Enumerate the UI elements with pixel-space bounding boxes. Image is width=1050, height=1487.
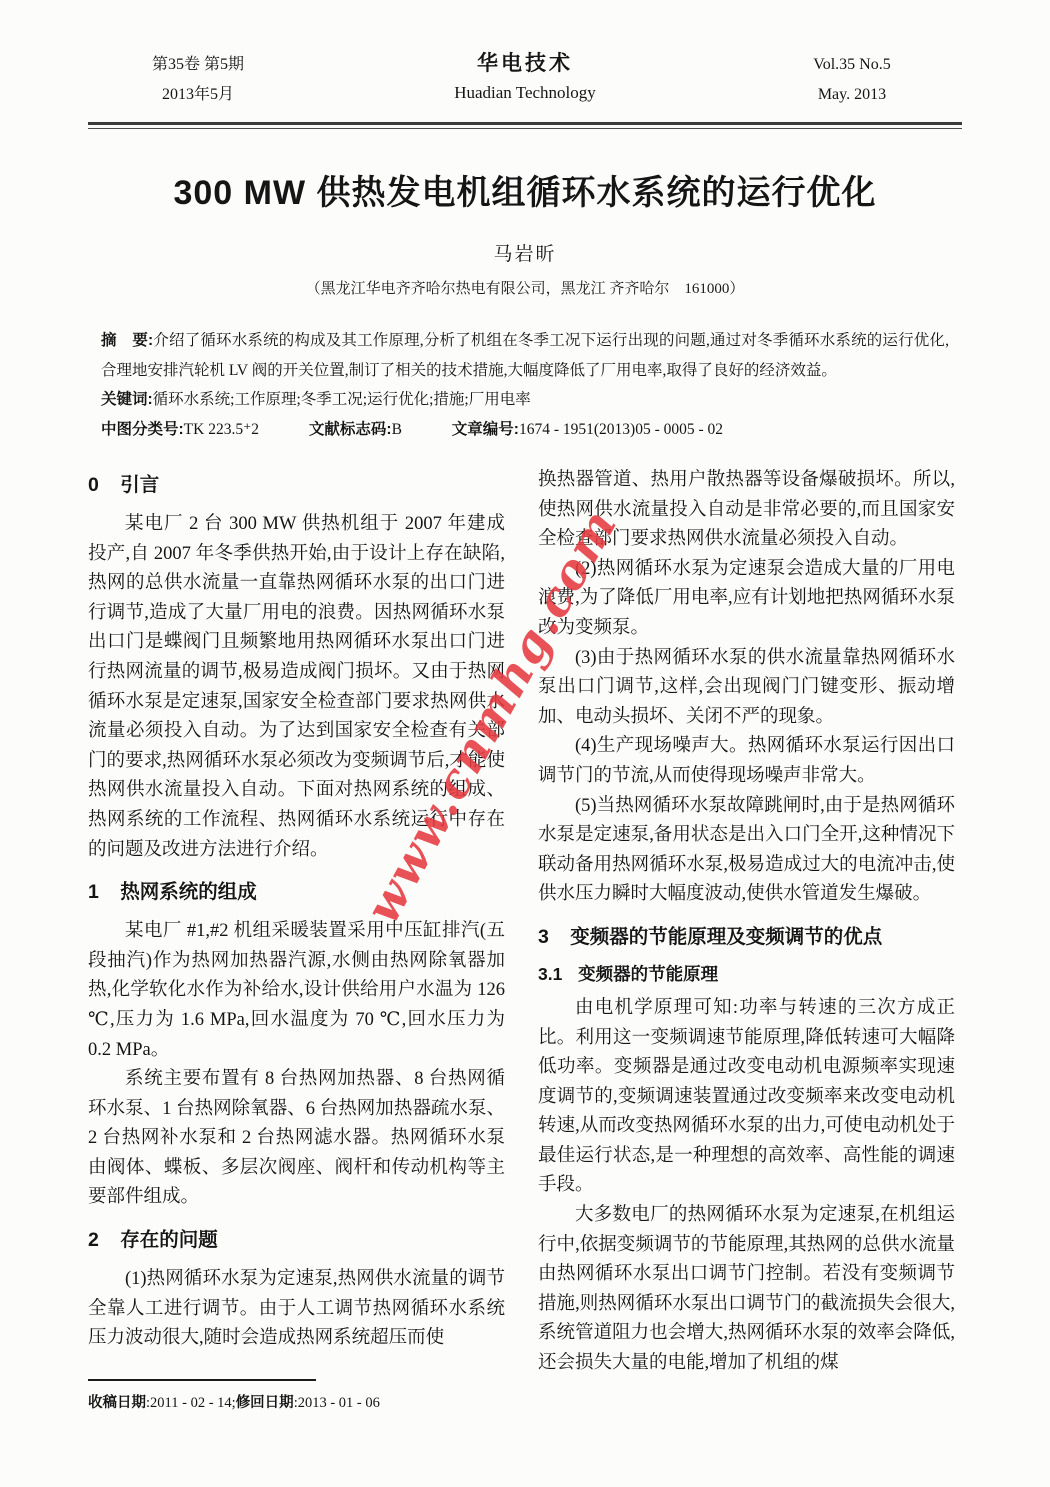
paragraph-principle-1: 由电机学原理可知:功率与转速的三次方成正比。利用这一变频调速节能原理,降低转速可… (538, 994, 955, 1201)
clc-value: TK 223.5⁺2 (184, 421, 259, 438)
footnote-rule (88, 1379, 316, 1381)
section-1-number: 1 (88, 881, 99, 903)
section-2-heading: 2存在的问题 (88, 1227, 505, 1253)
journal-header: 第35卷 第5期 2013年5月 华电技术 Huadian Technology… (88, 50, 962, 110)
paper-page: 第35卷 第5期 2013年5月 华电技术 Huadian Technology… (0, 0, 1050, 1487)
volume-issue-cn: 第35卷 第5期 (88, 50, 308, 80)
section-1-title: 热网系统的组成 (120, 881, 257, 903)
journal-volume-issue-cn: 第35卷 第5期 2013年5月 (88, 50, 308, 110)
section-3-1-number: 3.1 (538, 964, 562, 984)
keywords-text: 循环水系统;工作原理;冬季工况;运行优化;措施;厂用电率 (153, 391, 531, 408)
right-column: 换热器管道、热用户散热器等设备爆破损坏。所以,使热网供水流量投入自动是非常必要的… (538, 466, 955, 1414)
clc-label: 中图分类号: (101, 421, 184, 438)
section-0-title: 引言 (120, 474, 159, 496)
footnote: 收稿日期:2011 - 02 - 14;修回日期:2013 - 01 - 06 (88, 1379, 505, 1414)
section-3-title: 变频器的节能原理及变频调节的优点 (570, 926, 882, 948)
section-1-heading: 1热网系统的组成 (88, 879, 505, 905)
paragraph-system-1: 某电厂 #1,#2 机组采暖装置采用中压缸排汽(五段抽汽)作为热网加热器汽源,水… (88, 917, 505, 1065)
paragraph-problem-1: (1)热网循环水泵为定速泵,热网供水流量的调节全靠人工进行调节。由于人工调节热网… (88, 1265, 505, 1354)
section-0-heading: 0引言 (88, 472, 505, 498)
abstract-label: 摘 要: (101, 332, 153, 349)
section-0-number: 0 (88, 474, 99, 496)
date-cn: 2013年5月 (88, 80, 308, 110)
doc-code-value: B (392, 421, 402, 438)
paragraph-system-2: 系统主要布置有 8 台热网加热器、8 台热网循环水泵、1 台热网除氧器、6 台热… (88, 1065, 505, 1213)
author-affiliation: （黑龙江华电齐齐哈尔热电有限公司，黑龙江 齐齐哈尔 161000） (88, 277, 962, 298)
received-date-value: :2011 - 02 - 14; (146, 1395, 236, 1411)
doc-code-segment: 文献标志码:B (309, 421, 402, 438)
journal-name-cn: 华电技术 (454, 50, 596, 78)
left-column: 0引言 某电厂 2 台 300 MW 供热机组于 2007 年建成投产,自 20… (88, 466, 505, 1414)
date-en: May. 2013 (742, 80, 962, 110)
journal-volume-issue-en: Vol.35 No.5 May. 2013 (742, 50, 962, 110)
abstract: 摘 要:介绍了循环水系统的构成及其工作原理,分析了机组在冬季工况下运行出现的问题… (101, 326, 949, 385)
section-2-title: 存在的问题 (120, 1229, 218, 1251)
article-id-value: 1674 - 1951(2013)05 - 0005 - 02 (519, 421, 723, 438)
classification-row: 中图分类号:TK 223.5⁺2 文献标志码:B 文章编号:1674 - 195… (101, 415, 949, 445)
keywords-label: 关键词: (101, 391, 153, 408)
paragraph-problem-2: (2)热网循环水泵为定速泵会造成大量的厂用电浪费,为了降低厂用电率,应有计划地把… (538, 555, 955, 644)
section-3-1-title: 变频器的节能原理 (578, 964, 718, 984)
journal-name-en: Huadian Technology (454, 78, 596, 108)
revised-date-value: :2013 - 01 - 06 (294, 1395, 380, 1411)
paragraph-problem-1-cont: 换热器管道、热用户散热器等设备爆破损坏。所以,使热网供水流量投入自动是非常必要的… (538, 466, 955, 555)
doc-code-label: 文献标志码: (309, 421, 392, 438)
section-2-number: 2 (88, 1229, 99, 1251)
keywords: 关键词:循环水系统;工作原理;冬季工况;运行优化;措施;厂用电率 (101, 385, 949, 415)
footnote-dates: 收稿日期:2011 - 02 - 14;修回日期:2013 - 01 - 06 (88, 1392, 505, 1414)
journal-name: 华电技术 Huadian Technology (454, 50, 596, 108)
section-3-1-heading: 3.1变频器的节能原理 (538, 962, 955, 986)
body-columns: 0引言 某电厂 2 台 300 MW 供热机组于 2007 年建成投产,自 20… (88, 466, 962, 1414)
article-meta: 摘 要:介绍了循环水系统的构成及其工作原理,分析了机组在冬季工况下运行出现的问题… (101, 326, 949, 444)
paragraph-principle-2: 大多数电厂的热网循环水泵为定速泵,在机组运行中,依据变频调节的节能原理,其热网的… (538, 1201, 955, 1379)
received-date-label: 收稿日期 (88, 1395, 146, 1411)
header-double-rule (88, 122, 962, 129)
abstract-text: 介绍了循环水系统的构成及其工作原理,分析了机组在冬季工况下运行出现的问题,通过对… (101, 332, 949, 379)
page-title: 300 MW 供热发电机组循环水系统的运行优化 (88, 171, 962, 215)
paragraph-problem-3: (3)由于热网循环水泵的供水流量靠热网循环水泵出口门调节,这样,会出现阀门门键变… (538, 644, 955, 733)
clc-segment: 中图分类号:TK 223.5⁺2 (101, 421, 259, 438)
section-3-heading: 3变频器的节能原理及变频调节的优点 (538, 924, 955, 950)
paragraph-problem-5: (5)当热网循环水泵故障跳闸时,由于是热网循环水泵是定速泵,备用状态是出入口门全… (538, 792, 955, 910)
paragraph-intro: 某电厂 2 台 300 MW 供热机组于 2007 年建成投产,自 2007 年… (88, 510, 505, 865)
paragraph-problem-4: (4)生产现场噪声大。热网循环水泵运行因出口调节门的节流,从而使得现场噪声非常大… (538, 732, 955, 791)
section-3-number: 3 (538, 926, 549, 948)
article-id-label: 文章编号: (452, 421, 519, 438)
volume-issue-en: Vol.35 No.5 (742, 50, 962, 80)
author-name: 马岩昕 (88, 239, 962, 266)
article-id-segment: 文章编号:1674 - 1951(2013)05 - 0005 - 02 (452, 421, 723, 438)
revised-date-label: 修回日期 (236, 1395, 294, 1411)
